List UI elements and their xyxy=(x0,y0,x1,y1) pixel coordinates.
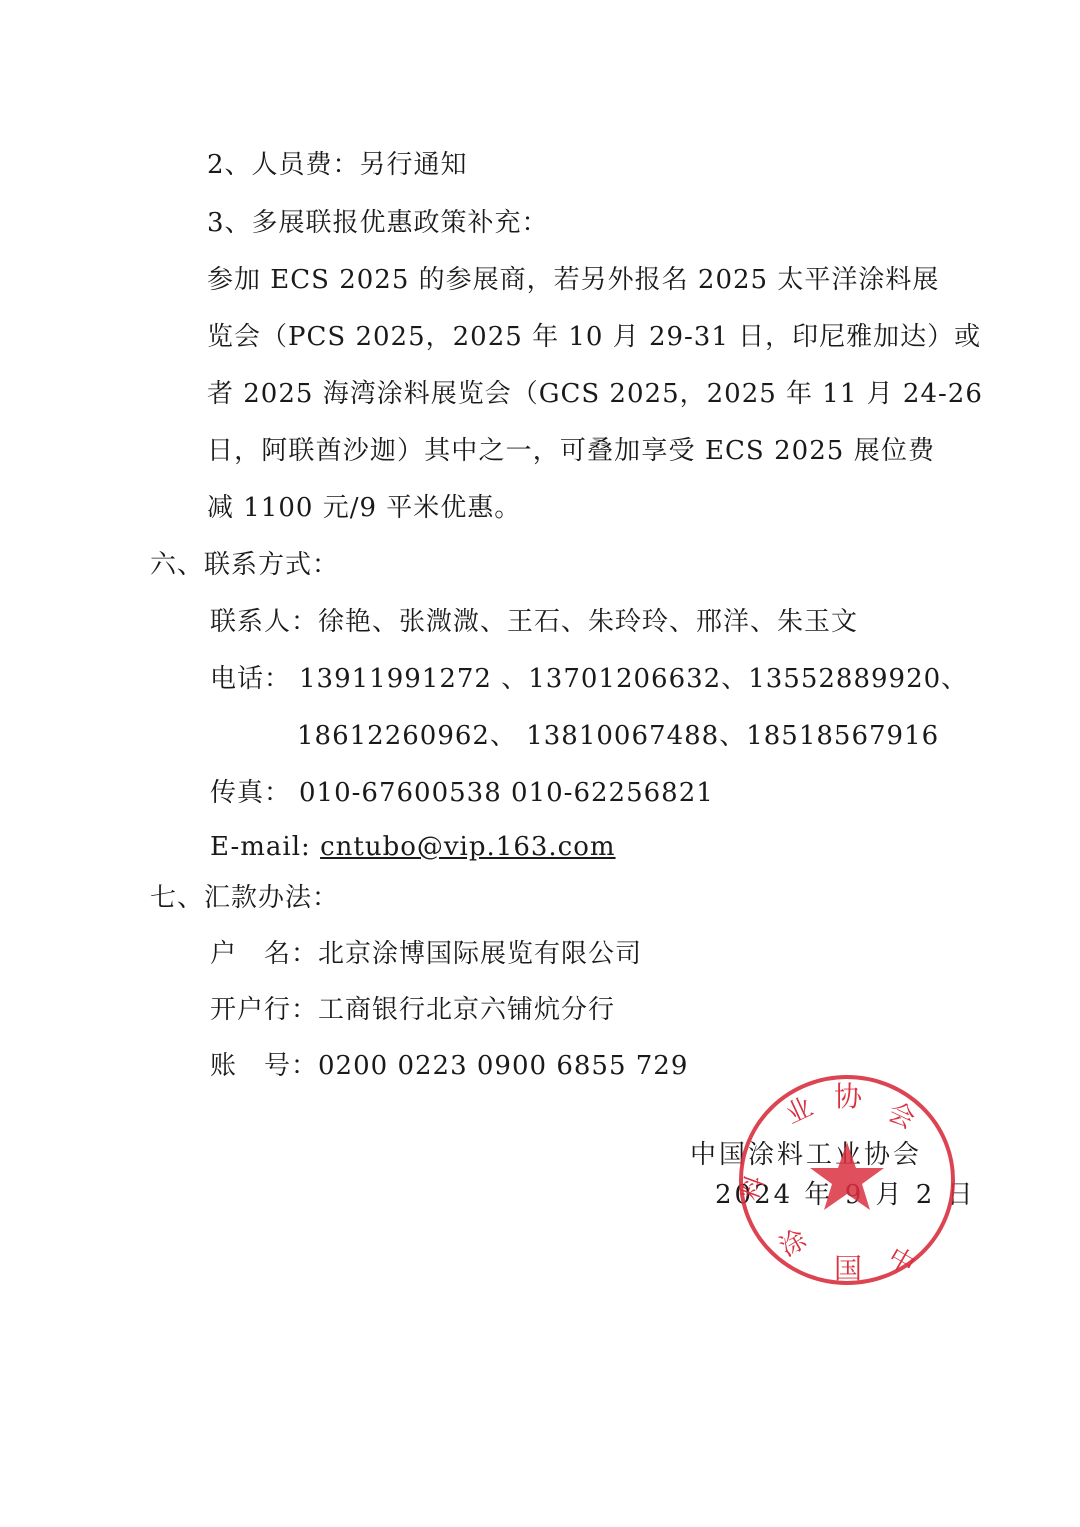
email-label: E-mail: xyxy=(210,832,311,862)
account-number-row: 账 号：0200 0223 0900 6855 729 xyxy=(210,1049,688,1083)
signature-organization: 中国涂料工业协会 xyxy=(690,1138,922,1172)
phone-numbers-line-1: 13911991272 、13701206632、13552889920、 xyxy=(299,664,968,694)
phone-numbers-line-2: 18612260962、 13810067488、18518567916 xyxy=(297,719,939,753)
policy-line-3: 者 2025 海湾涂料展览会（GCS 2025，2025 年 11 月 24-2… xyxy=(207,377,935,411)
contact-heading: 六、联系方式： xyxy=(150,548,339,582)
bank-label: 开户行： xyxy=(210,995,318,1025)
bank-row: 开户行：工商银行北京六铺炕分行 xyxy=(210,993,615,1027)
fax-label: 传真： xyxy=(210,778,291,808)
svg-text:中: 中 xyxy=(883,1242,921,1281)
policy-line-5: 减 1100 元/9 平米优惠。 xyxy=(207,491,521,525)
svg-text:国: 国 xyxy=(834,1252,862,1285)
email-link[interactable]: cntubo@vip.163.com xyxy=(320,832,615,862)
bank-name: 工商银行北京六铺炕分行 xyxy=(318,995,615,1025)
account-number: 0200 0223 0900 6855 729 xyxy=(318,1051,688,1081)
policy-line-4: 日，阿联酋沙迦）其中之一，可叠加享受 ECS 2025 展位费 xyxy=(207,434,935,468)
phone-label: 电话： xyxy=(210,664,291,694)
phone-row: 电话：13911991272 、13701206632、13552889920、 xyxy=(210,662,968,696)
signature-date: 2024 年 9 月 2 日 xyxy=(715,1178,976,1212)
svg-text:业: 业 xyxy=(781,1092,817,1130)
svg-text:协: 协 xyxy=(834,1080,863,1113)
payment-heading: 七、汇款办法： xyxy=(150,881,339,915)
policy-line-1: 参加 ECS 2025 的参展商，若另外报名 2025 太平洋涂料展 xyxy=(207,263,935,297)
fee-item-2: 2、人员费：另行通知 xyxy=(207,148,468,182)
svg-text:会: 会 xyxy=(883,1097,919,1135)
contact-persons-row: 联系人：徐艳、张溦溦、王石、朱玲玲、邢洋、朱玉文 xyxy=(210,605,858,639)
svg-text:涂: 涂 xyxy=(775,1224,813,1263)
fax-numbers: 010-67600538 010-62256821 xyxy=(299,778,714,808)
email-row: E-mail: cntubo@vip.163.com xyxy=(210,830,616,864)
contact-persons: 徐艳、张溦溦、王石、朱玲玲、邢洋、朱玉文 xyxy=(318,607,858,637)
fax-row: 传真：010-67600538 010-62256821 xyxy=(210,776,714,810)
account-name-row: 户 名：北京涂博国际展览有限公司 xyxy=(210,937,642,971)
policy-line-2: 览会（PCS 2025，2025 年 10 月 29-31 日，印尼雅加达）或 xyxy=(207,320,935,354)
account-name-label: 户 名： xyxy=(210,939,318,969)
contact-persons-label: 联系人： xyxy=(210,607,318,637)
account-name: 北京涂博国际展览有限公司 xyxy=(318,939,642,969)
fee-item-3-heading: 3、多展联报优惠政策补充： xyxy=(207,206,549,240)
account-number-label: 账 号： xyxy=(210,1051,318,1081)
